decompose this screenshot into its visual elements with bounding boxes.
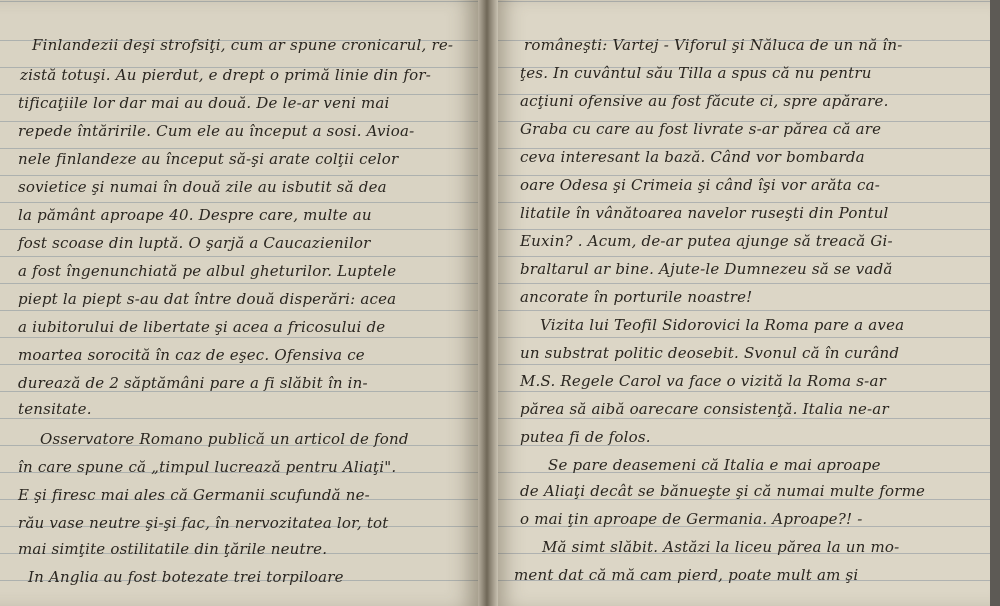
text-line: zistă totuşi. Au pierdut, e drept o prim…	[20, 66, 431, 84]
text-line: a iubitorului de libertate şi acea a fri…	[18, 318, 385, 336]
text-line: moartea sorocită în caz de eşec. Ofensiv…	[18, 346, 365, 364]
text-line: repede întăririle. Cum ele au început a …	[18, 122, 414, 140]
text-line: putea fi de folos.	[520, 428, 651, 446]
text-line: mai simţite ostilitatile din ţările neut…	[18, 540, 327, 558]
text-line: Vizita lui Teofil Sidorovici la Roma par…	[540, 316, 904, 334]
text-line: braltarul ar bine. Ajute-le Dumnezeu să …	[520, 260, 893, 278]
text-line: româneşti: Vartej - Viforul şi Năluca de…	[524, 36, 902, 54]
text-line: In Anglia au fost botezate trei torpiloa…	[28, 568, 344, 586]
text-line: piept la piept s-au dat între două dispe…	[18, 290, 396, 308]
text-line: ment dat că mă cam pierd, poate mult am …	[514, 566, 858, 584]
text-line: a fost îngenunchiată pe albul gheturilor…	[18, 262, 396, 280]
text-line: ancorate în porturile noastre!	[520, 288, 752, 306]
text-line: de Aliaţi decât se bănueşte şi că numai …	[520, 482, 925, 500]
text-line: acţiuni ofensive au fost făcute ci, spre…	[520, 92, 889, 110]
text-line: M.S. Regele Carol va face o vizită la Ro…	[520, 372, 886, 390]
text-line: o mai ţin aproape de Germania. Aproape?!…	[520, 510, 862, 528]
text-line: părea să aibă oarecare consistenţă. Ital…	[520, 400, 889, 418]
page-gutter	[478, 0, 498, 606]
text-line: ţes. In cuvântul său Tilla a spus că nu …	[520, 64, 872, 82]
text-line: Mă simt slăbit. Astăzi la liceu părea la…	[542, 538, 899, 556]
text-line: tensitate.	[18, 400, 92, 418]
text-line: nele finlandeze au început să-şi arate c…	[18, 150, 398, 168]
notebook-spread: Finlandezii deşi strofsiţi, cum ar spune…	[0, 0, 1000, 606]
page-edge-background	[990, 0, 1000, 606]
text-line: Euxin? . Acum, de-ar putea ajunge să tre…	[520, 232, 893, 250]
text-line: fost scoase din luptă. O şarjă a Caucazi…	[18, 234, 371, 252]
text-line: E şi firesc mai ales că Germanii scufund…	[18, 486, 370, 504]
text-line: sovietice şi numai în două zile au isbut…	[18, 178, 387, 196]
text-line: la pământ aproape 40. Despre care, multe…	[18, 206, 372, 224]
text-line: Se pare deasemeni că Italia e mai aproap…	[548, 456, 881, 474]
text-line: Finlandezii deşi strofsiţi, cum ar spune…	[32, 36, 453, 54]
left-page: Finlandezii deşi strofsiţi, cum ar spune…	[0, 0, 478, 606]
text-line: Osservatore Romano publică un articol de…	[40, 430, 409, 448]
text-line: litatile în vânătoarea navelor ruseşti d…	[520, 204, 889, 222]
text-line: tificaţiile lor dar mai au două. De le-a…	[18, 94, 390, 112]
text-line: rău vase neutre şi-şi fac, în nervozitat…	[18, 514, 389, 532]
text-line: Graba cu care au fost livrate s-ar părea…	[520, 120, 881, 138]
right-page: româneşti: Vartej - Viforul şi Năluca de…	[498, 0, 990, 606]
text-line: un substrat politic deosebit. Svonul că …	[520, 344, 899, 362]
text-line: oare Odesa şi Crimeia şi când îşi vor ar…	[520, 176, 880, 194]
text-line: în care spune că „timpul lucrează pentru…	[18, 458, 396, 476]
text-line: ceva interesant la bază. Când vor bombar…	[520, 148, 865, 166]
text-line: durează de 2 săptămâni pare a fi slăbit …	[18, 374, 368, 392]
